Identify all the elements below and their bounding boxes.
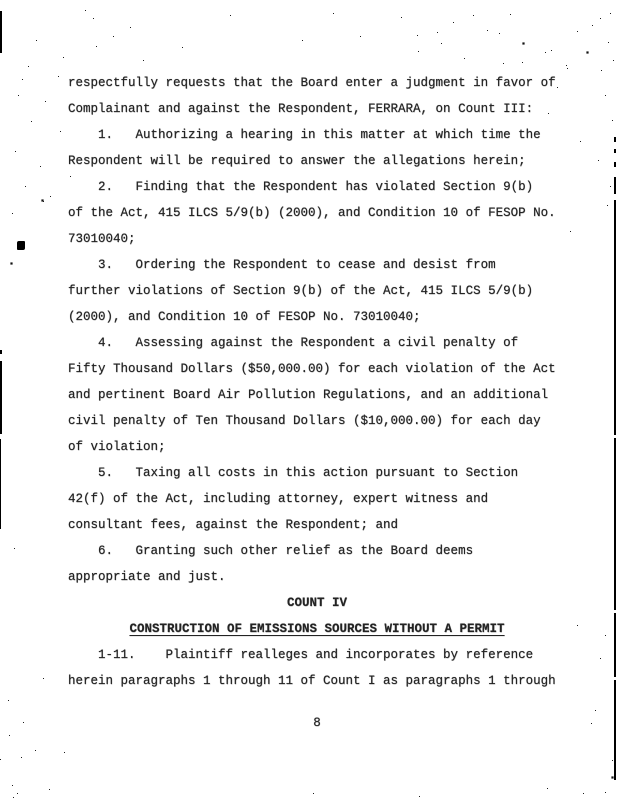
text-line: 5. Taxing all costs in this action pursu…: [68, 460, 566, 486]
scan-edge-artifact: [0, 11, 2, 53]
text-line: consultant fees, against the Respondent;…: [68, 512, 566, 538]
text-line: Respondent will be required to answer th…: [68, 148, 566, 174]
text-line: 4. Assessing against the Respondent a ci…: [68, 330, 566, 356]
scan-edge-artifact: [614, 137, 616, 142]
scan-edge-artifact: [614, 200, 616, 435]
text-line: 1. Authorizing a hearing in this matter …: [68, 122, 566, 148]
scan-edge-artifact: [614, 613, 616, 677]
count-heading: COUNT IV: [68, 590, 566, 616]
page-number: 8: [68, 710, 566, 736]
text-line: civil penalty of Ten Thousand Dollars ($…: [68, 408, 566, 434]
scan-edge-artifact: [0, 439, 1, 529]
scan-edge-artifact: [614, 438, 616, 610]
text-line: 3. Ordering the Respondent to cease and …: [68, 252, 566, 278]
text-line: 42(f) of the Act, including attorney, ex…: [68, 486, 566, 512]
text-line: 6. Granting such other relief as the Boa…: [68, 538, 566, 564]
scan-edge-artifact: [614, 177, 616, 194]
scan-speckles: [0, 0, 1, 1]
text-line: 73010040;: [68, 226, 566, 252]
scan-edge-artifact: [0, 350, 2, 354]
scanned-document-page: respectfully requests that the Board ent…: [0, 0, 618, 800]
scan-edge-artifact: [614, 680, 616, 780]
scan-edge-artifact: [614, 149, 616, 153]
text-line: Fifty Thousand Dollars ($50,000.00) for …: [68, 356, 566, 382]
scan-edge-artifact: [614, 162, 616, 167]
scan-edge-artifact: [0, 361, 2, 434]
text-line: 1-11. Plaintiff realleges and incorporat…: [68, 642, 566, 668]
text-line: Complainant and against the Respondent, …: [68, 96, 566, 122]
text-line: (2000), and Condition 10 of FESOP No. 73…: [68, 304, 566, 330]
text-line: appropriate and just.: [68, 564, 566, 590]
text-line: of violation;: [68, 434, 566, 460]
text-line: respectfully requests that the Board ent…: [68, 70, 566, 96]
text-line: herein paragraphs 1 through 11 of Count …: [68, 668, 566, 694]
text-line: and pertinent Board Air Pollution Regula…: [68, 382, 566, 408]
ink-blot-artifact: [17, 241, 25, 250]
section-heading: CONSTRUCTION OF EMISSIONS SOURCES WITHOU…: [68, 616, 566, 642]
text-line: further violations of Section 9(b) of th…: [68, 278, 566, 304]
text-line: of the Act, 415 ILCS 5/9(b) (2000), and …: [68, 200, 566, 226]
text-line: 2. Finding that the Respondent has viola…: [68, 174, 566, 200]
document-body: respectfully requests that the Board ent…: [68, 70, 566, 736]
